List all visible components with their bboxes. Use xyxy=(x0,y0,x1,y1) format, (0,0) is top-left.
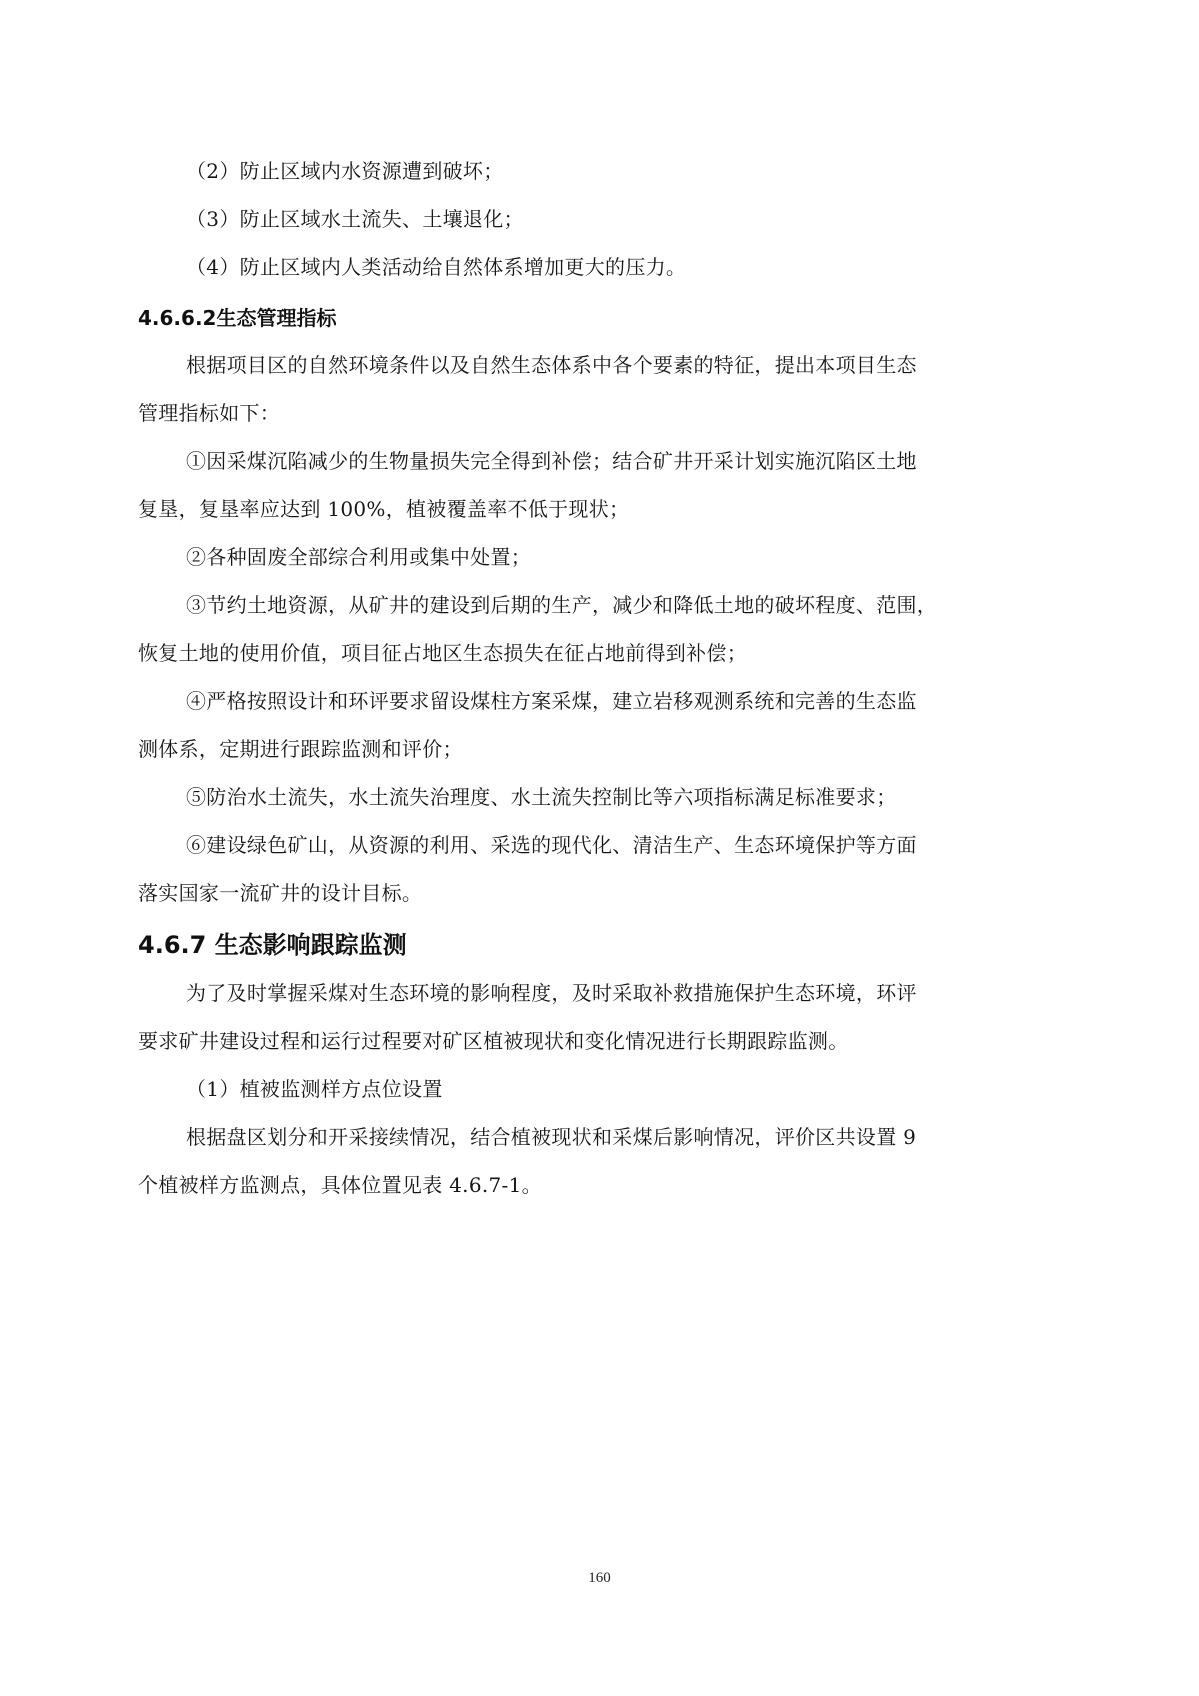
list-item-cont: 复垦，复垦率应达到 100%，植被覆盖率不低于现状； xyxy=(138,496,1058,522)
document-page: （2）防止区域内水资源遭到破坏； （3）防止区域水土流失、土壤退化； （4）防止… xyxy=(0,0,1199,1696)
paragraph-line: 为了及时掌握采煤对生态环境的影响程度，及时采取补救措施保护生态环境，环评 xyxy=(186,980,1106,1006)
section-heading-4662: 4.6.6.2生态管理指标 xyxy=(138,302,336,331)
list-item-cont: 恢复土地的使用价值，项目征占地区生态损失在征占地前得到补偿； xyxy=(138,640,1058,666)
list-item: ③节约土地资源，从矿井的建设到后期的生产，减少和降低土地的破坏程度、范围， xyxy=(186,592,1106,618)
paragraph-line: 根据项目区的自然环境条件以及自然生态体系中各个要素的特征，提出本项目生态 xyxy=(186,352,1106,378)
subheading: （1）植被监测样方点位设置 xyxy=(186,1076,1106,1102)
list-item: ④严格按照设计和环评要求留设煤柱方案采煤，建立岩移观测系统和完善的生态监 xyxy=(186,688,1106,714)
list-item-cont: 落实国家一流矿井的设计目标。 xyxy=(138,880,1058,906)
paragraph-line: 根据盘区划分和开采接续情况，结合植被现状和采煤后影响情况，评价区共设置 9 xyxy=(186,1124,1106,1150)
list-item: （3）防止区域水土流失、土壤退化； xyxy=(186,206,1106,232)
paragraph-line: 管理指标如下： xyxy=(138,400,1058,426)
list-item: ②各种固废全部综合利用或集中处置； xyxy=(186,544,1106,570)
list-item: （2）防止区域内水资源遭到破坏； xyxy=(186,158,1106,184)
list-item: ⑤防治水土流失，水土流失治理度、水土流失控制比等六项指标满足标准要求； xyxy=(186,784,1106,810)
list-item: ⑥建设绿色矿山，从资源的利用、采选的现代化、清洁生产、生态环境保护等方面 xyxy=(186,832,1106,858)
paragraph-line: 要求矿井建设过程和运行过程要对矿区植被现状和变化情况进行长期跟踪监测。 xyxy=(138,1028,1058,1054)
section-heading-467: 4.6.7 生态影响跟踪监测 xyxy=(138,925,407,960)
list-item-cont: 测体系，定期进行跟踪监测和评价； xyxy=(138,736,1058,762)
list-item: ①因采煤沉陷减少的生物量损失完全得到补偿；结合矿井开采计划实施沉陷区土地 xyxy=(186,448,1106,474)
page-number: 160 xyxy=(0,1570,1199,1587)
list-item: （4）防止区域内人类活动给自然体系增加更大的压力。 xyxy=(186,254,1106,280)
paragraph-line: 个植被样方监测点，具体位置见表 4.6.7-1。 xyxy=(138,1172,1058,1198)
